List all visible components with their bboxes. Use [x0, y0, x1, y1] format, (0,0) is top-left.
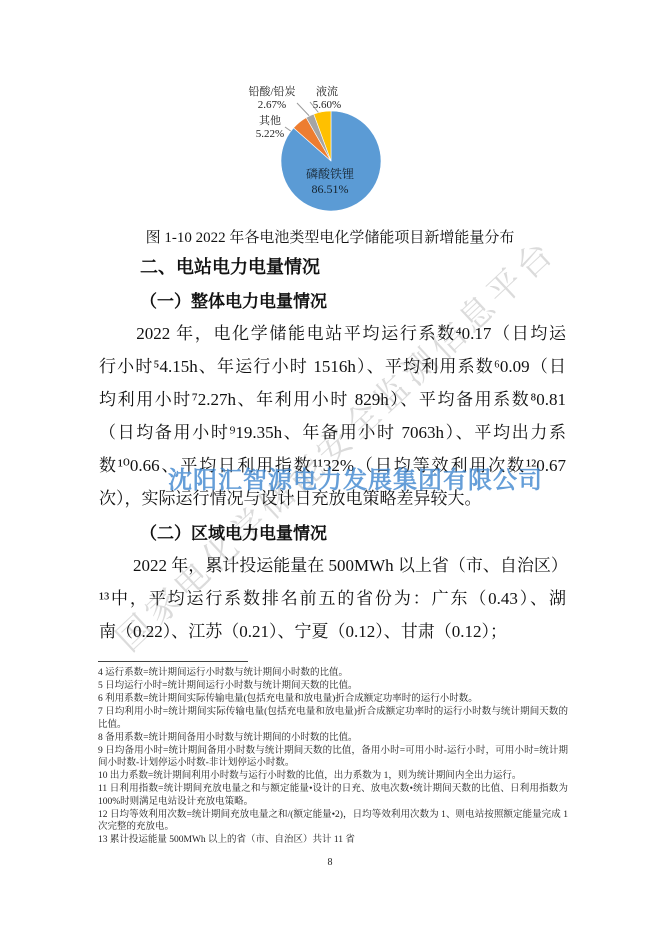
page-number: 8 — [0, 857, 660, 868]
pie-label-lfp: 磷酸铁锂 86.51% — [288, 167, 372, 197]
body-text-line: 均利用小时⁷2.27h、年利用小时 829h）、平均备用系数⁸0.81 — [99, 383, 566, 416]
footnote-line: 4 运行系数=统计期间运行小时数与统计期间小时数的比值。 — [98, 667, 568, 680]
footnote-line: 9 日均备用小时=统计期间备用小时数与统计期间天数的比值，备用小时=可用小时-运… — [98, 745, 568, 770]
body-text-line: 2022 年，累计投运能量在 500MWh 以上省（市、自治区） — [99, 549, 566, 582]
pie-label-lfp-name: 磷酸铁锂 — [306, 167, 354, 181]
pie-label-flow-value: 5.60% — [303, 99, 351, 112]
body-text-line: ¹³中，平均运行系数排名前五的省份为：广东（0.43）、湖 — [99, 582, 566, 615]
footnote-line: 12 日均等效利用次数=统计期间充放电量之和/(额定能量•2)，日均等效利用次数… — [98, 809, 568, 834]
pie-label-flow: 液流 5.60% — [303, 86, 351, 112]
document-page: 国家电化学储能安全监测信息平台 铅酸/铅炭 2.67% 液流 5.60% 其他 … — [0, 0, 660, 934]
company-watermark: 沈阳汇智源电力发展集团有限公司 — [168, 460, 543, 495]
footnote-line: 10 出力系数=统计期间利用小时数与运行小时数的比值，出力系数为 1，则为统计期… — [98, 770, 568, 783]
footnote-line: 7 日均利用小时=统计期间实际传输电量(包括充电量和放电量)折合成额定功率时的运… — [98, 706, 568, 731]
footnote-line: 8 备用系数=统计期间备用小时数与统计期间的小时数的比值。 — [98, 732, 568, 745]
pie-label-flow-name: 液流 — [316, 86, 338, 98]
footnote-line: 13 累计投运能量 500MWh 以上的省（市、自治区）共计 11 省 — [98, 834, 568, 847]
body-text-line: （日均备用小时⁹19.35h、年备用小时 7063h）、平均出力系 — [99, 416, 566, 449]
paragraph-regional: 2022 年，累计投运能量在 500MWh 以上省（市、自治区）¹³中，平均运行… — [99, 549, 566, 648]
subsection-heading-1: （一）整体电力电量情况 — [140, 287, 327, 312]
footnotes: 4 运行系数=统计期间运行小时数与统计期间小时数的比值。5 日均运行小时=统计期… — [98, 667, 568, 847]
footnote-line: 6 利用系数=统计期间实际传输电量(包括充电量和放电量)折合成额定功率时的运行小… — [98, 693, 568, 706]
pie-label-lfp-value: 86.51% — [312, 182, 349, 196]
pie-label-leadacid: 铅酸/铅炭 2.67% — [238, 86, 306, 112]
footnote-separator — [98, 661, 248, 662]
pie-label-other-value: 5.22% — [244, 128, 296, 141]
pie-label-other-name: 其他 — [259, 115, 281, 127]
footnote-line: 11 日利用指数=统计期间充放电量之和与额定能量•设计的日充、放电次数•统计期间… — [98, 783, 568, 808]
pie-label-leadacid-name: 铅酸/铅炭 — [248, 86, 295, 98]
section-heading: 二、电站电力电量情况 — [140, 253, 320, 279]
body-text-line: 2022 年，电化学储能电站平均运行系数⁴0.17（日均运 — [99, 317, 566, 350]
footnote-line: 5 日均运行小时=统计期间运行小时数与统计期间天数的比值。 — [98, 680, 568, 693]
figure-caption: 图 1-10 2022 年各电池类型电化学储能项目新增能量分布 — [0, 226, 660, 247]
subsection-heading-2: （二）区域电力电量情况 — [140, 519, 327, 544]
body-text-line: 南（0.22）、江苏（0.21）、宁夏（0.12）、甘肃（0.12）； — [99, 615, 566, 648]
pie-label-other: 其他 5.22% — [244, 115, 296, 141]
pie-label-leadacid-value: 2.67% — [238, 99, 306, 112]
body-text-line: 行小时⁵4.15h、年运行小时 1516h）、平均利用系数⁶0.09（日 — [99, 350, 566, 383]
